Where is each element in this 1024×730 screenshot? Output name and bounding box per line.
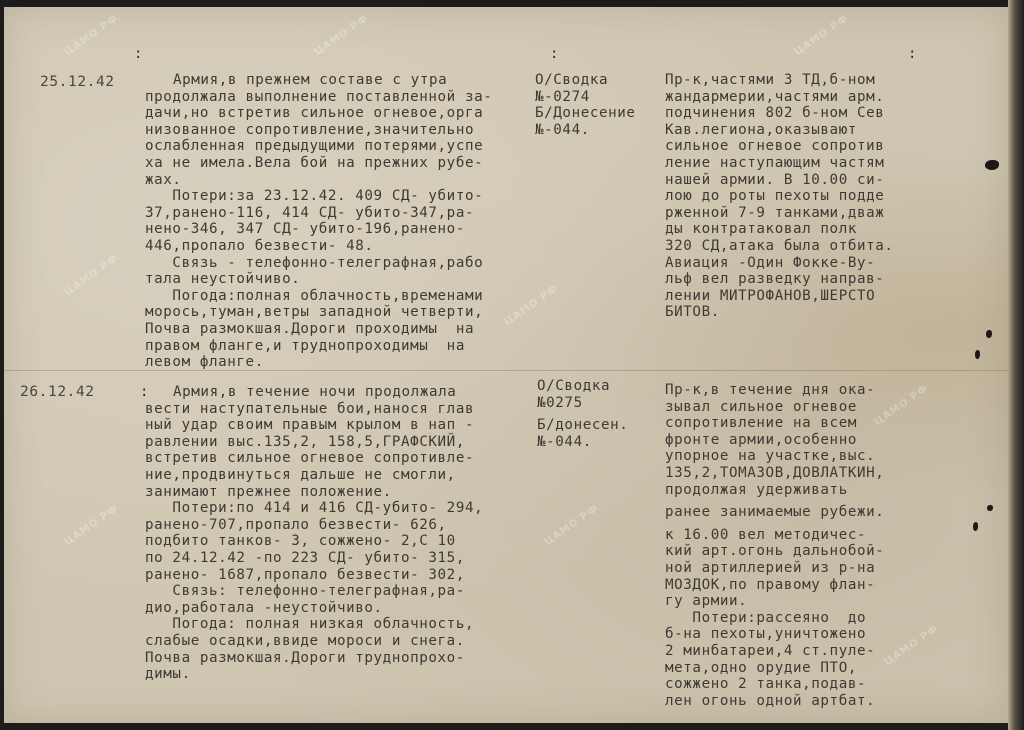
communications-line: дио,работала -неустойчиво.: [145, 600, 483, 617]
punch-hole: [986, 330, 992, 338]
enemy-line: ды контратаковал полк: [665, 221, 894, 238]
enemy-line: продолжая удерживать: [665, 482, 884, 499]
entry-narrative: Армия,в прежнем составе с утра продолжал…: [145, 72, 492, 371]
source-line: №-0274: [535, 89, 636, 106]
enemy-line: сопротивление на всем: [665, 415, 884, 432]
losses-line: Потери:за 23.12.42. 409 СД- убито-: [145, 188, 492, 205]
source-line: №-044.: [537, 434, 628, 451]
source-line: №-044.: [535, 122, 636, 139]
narrative-line: ха не имела.Вела бой на прежних рубе-: [145, 155, 492, 172]
enemy-line: зывал сильное огневое: [665, 399, 884, 416]
enemy-line: нашей армии. В 10.00 си-: [665, 172, 894, 189]
losses-line: подбито танков- 3, сожжено- 2,С 10: [145, 533, 483, 550]
losses-line: нено-346, 347 СД- убито-196,ранено-: [145, 221, 492, 238]
enemy-line: Кав.легиона,оказывают: [665, 122, 894, 139]
narrative-line: ние,продвинуться дальше не смогли,: [145, 467, 483, 484]
enemy-losses-line: 2 минбатареи,4 ст.пуле-: [665, 643, 884, 660]
narrative-line: низованное сопротивление,значительно: [145, 122, 492, 139]
enemy-line: Пр-к,частями 3 ТД,б-ном: [665, 72, 894, 89]
weather-line: морось,туман,ветры западной четверти,: [145, 304, 492, 321]
source-line: №0275: [537, 395, 628, 412]
narrative-line: жах.: [145, 172, 492, 189]
enemy-line: рженной 7-9 танками,дваж: [665, 205, 894, 222]
separator-mark: :: [908, 46, 916, 62]
narrative-line: ослабленная предыдущими потерями,успе: [145, 138, 492, 155]
narrative-line: Армия,в течение ночи продолжала: [145, 384, 483, 401]
punch-hole: [987, 505, 993, 511]
source-line: О/Сводка: [535, 72, 636, 89]
losses-line: ранено-707,пропало безвести- 626,: [145, 517, 483, 534]
enemy-line: сильное огневое сопротив: [665, 138, 894, 155]
weather-line: Почва размокшая.Дороги проходимы на: [145, 321, 492, 338]
entry-enemy-actions: Пр-к,в течение дня ока- зывал сильное ог…: [665, 382, 884, 709]
weather-line: димы.: [145, 666, 483, 683]
enemy-line: ление наступающим частям: [665, 155, 894, 172]
entry-date: 25.12.42: [40, 74, 115, 91]
aviation-line: лении МИТРОФАНОВ,ШЕРСТО: [665, 288, 894, 305]
punch-hole: [975, 350, 980, 359]
weather-line: Погода:полная облачность,временами: [145, 288, 492, 305]
losses-line: Потери:по 414 и 416 СД-убито- 294,: [145, 500, 483, 517]
enemy-losses-line: мета,одно орудие ПТО,: [665, 660, 884, 677]
aviation-line: льф вел разведку направ-: [665, 271, 894, 288]
aviation-line: Авиация -Один Фокке-Ву-: [665, 255, 894, 272]
source-line: Б/донесен.: [537, 417, 628, 434]
separator-mark: :: [134, 46, 142, 62]
enemy-line: фронте армии,особенно: [665, 432, 884, 449]
enemy-line: жандармерии,частями арм.: [665, 89, 894, 106]
communications-line: тала неустойчиво.: [145, 271, 492, 288]
communications-line: Связь - телефонно-телеграфная,рабо: [145, 255, 492, 272]
entry-enemy-actions: Пр-к,частями 3 ТД,б-ном жандармерии,част…: [665, 72, 894, 321]
losses-line: 446,пропало безвести- 48.: [145, 238, 492, 255]
entry-narrative: Армия,в течение ночи продолжала вести на…: [145, 384, 483, 683]
punch-hole: [973, 522, 978, 531]
narrative-line: занимают прежнее положение.: [145, 484, 483, 501]
enemy-line: подчинения 802 б-ном Сев: [665, 105, 894, 122]
weather-line: Почва размокшая.Дороги труднопрохо-: [145, 650, 483, 667]
entry-source: О/Сводка №0275 Б/донесен. №-044.: [537, 378, 628, 450]
enemy-line: ранее занимаемые рубежи.: [665, 504, 884, 521]
narrative-line: встретив сильное огневое сопротивле-: [145, 450, 483, 467]
artillery-line: ной артиллерией из р-на: [665, 560, 884, 577]
source-line: О/Сводка: [537, 378, 628, 395]
enemy-losses-line: лен огонь одной артбат.: [665, 693, 884, 710]
entry-source: О/Сводка №-0274 Б/Донесение №-044.: [535, 72, 636, 138]
artillery-line: гу армии.: [665, 593, 884, 610]
losses-line: 37,ранено-116, 414 СД- убито-347,ра-: [145, 205, 492, 222]
punch-hole: [985, 160, 999, 170]
narrative-line: вести наступательные бои,нанося глав: [145, 401, 483, 418]
communications-line: Связь: телефонно-телеграфная,ра-: [145, 583, 483, 600]
separator-mark: :: [550, 46, 558, 62]
enemy-line: 135,2,ТОМАЗОВ,ДОВЛАТКИН,: [665, 465, 884, 482]
weather-line: слабые осадки,ввиде мороси и снега.: [145, 633, 483, 650]
enemy-losses-line: б-на пехоты,уничтожено: [665, 626, 884, 643]
entry-date: 26.12.42: [20, 384, 95, 401]
weather-line: правом фланге,и труднопроходимы на: [145, 338, 492, 355]
enemy-line: 320 СД,атака была отбита.: [665, 238, 894, 255]
enemy-losses-line: Потери:рассеяно до: [665, 610, 884, 627]
losses-line: ранено- 1687,пропало безвести- 302,: [145, 567, 483, 584]
source-line: Б/Донесение: [535, 105, 636, 122]
enemy-line: Пр-к,в течение дня ока-: [665, 382, 884, 399]
losses-line: по 24.12.42 -по 223 СД- убито- 315,: [145, 550, 483, 567]
artillery-line: кий арт.огонь дальнобой-: [665, 543, 884, 560]
narrative-line: продолжала выполнение поставленной за-: [145, 89, 492, 106]
artillery-line: к 16.00 вел методичес-: [665, 527, 884, 544]
artillery-line: МОЗДОК,по правому флан-: [665, 577, 884, 594]
narrative-line: Армия,в прежнем составе с утра: [145, 72, 492, 89]
enemy-line: упорное на участке,выс.: [665, 448, 884, 465]
weather-line: левом фланге.: [145, 354, 492, 371]
aviation-line: БИТОВ.: [665, 304, 894, 321]
narrative-line: ный удар своим правым крылом в нап -: [145, 417, 483, 434]
enemy-line: лою до роты пехоты подде: [665, 188, 894, 205]
page-edge: [1008, 0, 1024, 730]
weather-line: Погода: полная низкая облачность,: [145, 616, 483, 633]
narrative-line: дачи,но встретив сильное огневое,орга: [145, 105, 492, 122]
enemy-losses-line: сожжено 2 танка,подав-: [665, 676, 884, 693]
narrative-line: равлении выс.135,2, 158,5,ГРАФСКИЙ,: [145, 434, 483, 451]
